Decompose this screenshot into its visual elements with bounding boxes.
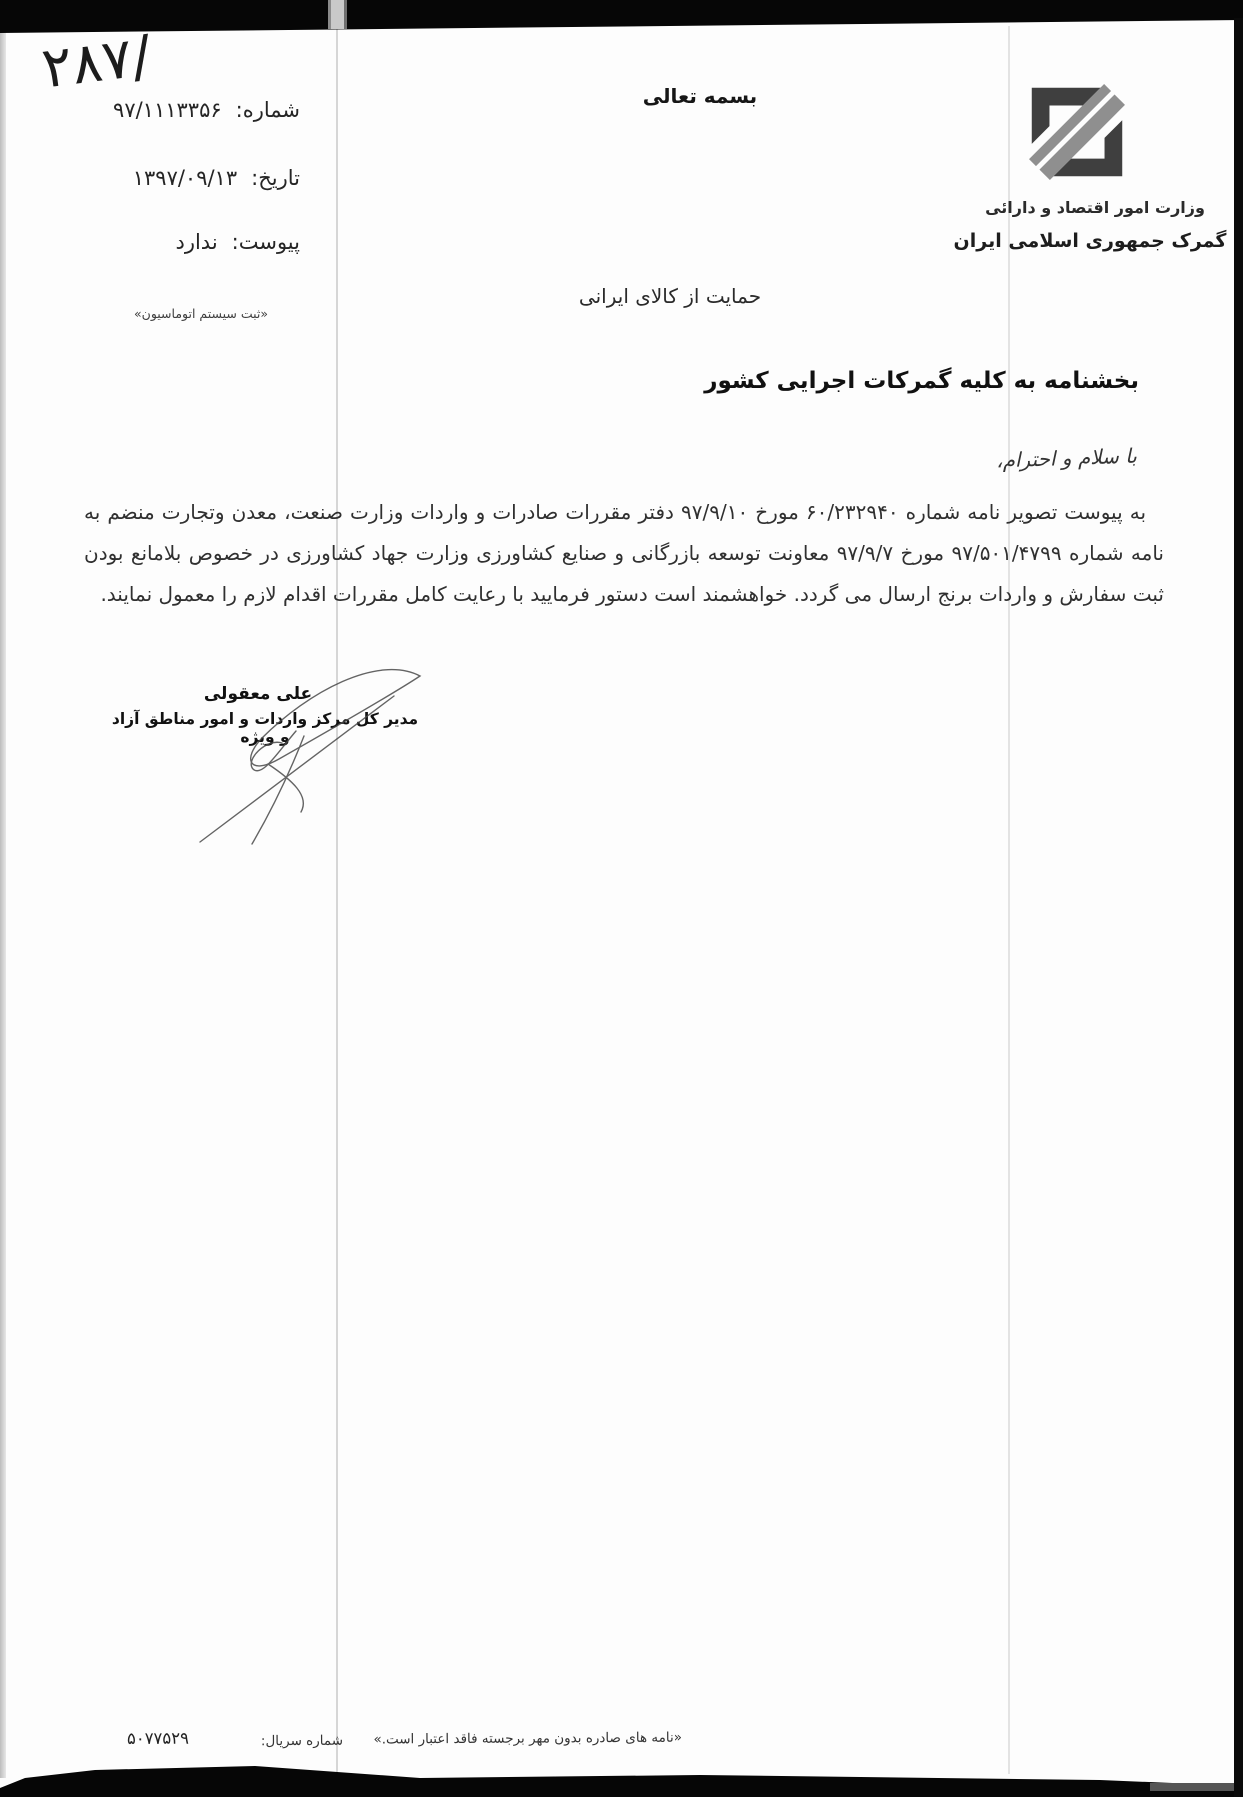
handwritten-archive-number: ۲۸۷/: [38, 24, 154, 102]
ministry-name: وزارت امور اقتصاد و دارائی: [950, 198, 1240, 217]
letter-date-value: ۱۳۹۷/۰۹/۱۳: [133, 166, 237, 190]
attachment-row: پیوست: ندارد: [175, 230, 300, 254]
letter-date-row: تاریخ: ۱۳۹۷/۰۹/۱۳: [133, 166, 300, 190]
iran-customs-logo: [1018, 70, 1136, 196]
handwritten-signature: [158, 630, 448, 860]
letter-date-label: تاریخ:: [251, 166, 300, 190]
serial-number-value: ۵۰۷۷۵۲۹: [108, 1729, 208, 1749]
salutation: با سلام و احترام،: [996, 444, 1138, 473]
letter-number-row: شماره: ۹۷/۱۱۱۳۳۵۶: [113, 98, 300, 122]
customs-logo-icon: [1018, 70, 1136, 196]
bismillah-heading: بسمه تعالی: [600, 84, 800, 108]
attachment-value: ندارد: [175, 230, 217, 254]
customs-organization-name: گمرک جمهوری اسلامی ایران: [935, 230, 1243, 252]
attachment-label: پیوست:: [232, 230, 300, 254]
letter-body-paragraph: به پیوست تصویر نامه شماره ۶۰/۲۳۲۹۴۰ مورخ…: [84, 492, 1164, 615]
circular-subject-line: بخشنامه به کلیه گمرکات اجرایی کشور: [704, 368, 1139, 394]
vertical-fold-line: [336, 28, 338, 1773]
letter-number-label: شماره:: [236, 98, 300, 122]
letter-number-value: ۹۷/۱۱۱۳۳۵۶: [113, 98, 222, 122]
scan-top-edge: [0, 0, 1243, 45]
scanned-letter-page: ۲۸۷/ شماره: ۹۷/۱۱۱۳۳۵۶ تاریخ: ۱۳۹۷/۰۹/۱۳…: [0, 0, 1243, 1797]
year-slogan: حمایت از کالای ایرانی: [530, 284, 810, 308]
vertical-fold-line-faint: [1008, 26, 1010, 1774]
footer-row: «نامه های صادره بدون مهر برجسته فاقد اعت…: [0, 1718, 1243, 1766]
serial-number-label: شماره سریال:: [243, 1733, 343, 1750]
automation-system-note: «ثبت سیستم اتوماسیون»: [134, 306, 268, 321]
left-page-edge: [0, 28, 6, 1778]
footer-disclaimer: «نامه های صادره بدون مهر برجسته فاقد اعت…: [360, 1730, 682, 1748]
scan-right-edge: [1234, 18, 1243, 1797]
